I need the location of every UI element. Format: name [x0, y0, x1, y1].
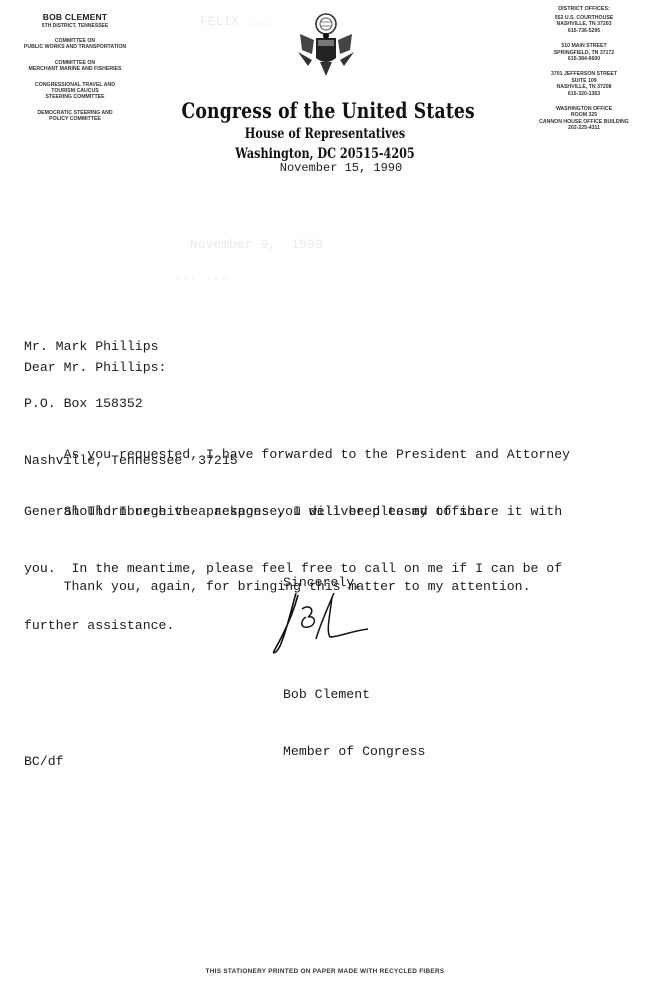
- office-1: 552 U.S. COURTHOUSE NASHVILLE, TN 37203 …: [522, 15, 646, 34]
- letter-date: November 15, 1990: [182, 161, 500, 175]
- committee-1: COMMITTEE ON PUBLIC WORKS AND TRANSPORTA…: [0, 38, 150, 51]
- office-3: 3701 JEFFERSON STREET SUITE 109 NASHVILL…: [522, 71, 646, 97]
- great-seal-icon: [292, 10, 360, 82]
- letterhead-right-column: DISTRICT OFFICES: 552 U.S. COURTHOUSE NA…: [522, 6, 646, 132]
- member-district: 5TH DISTRICT, TENNESSEE: [0, 23, 150, 29]
- recipient-name: Mr. Mark Phillips: [24, 337, 238, 356]
- bleed-through-text: ... ...: [150, 268, 228, 283]
- bleed-through-text: November 9, 1990: [190, 237, 323, 252]
- office-2: 510 MAIN STREET SPRINGFIELD, TN 37172 61…: [522, 43, 646, 62]
- letterhead-address: Washington, DC 20515-4205: [185, 146, 465, 162]
- signer-block: Bob Clement Member of Congress: [283, 647, 425, 780]
- letterhead-subtitle: House of Representatives: [185, 126, 465, 142]
- committee-4: DEMOCRATIC STEERING AND POLICY COMMITTEE: [0, 110, 150, 123]
- salutation: Dear Mr. Phillips:: [24, 358, 166, 377]
- letterhead-title: Congress of the United States: [182, 98, 469, 123]
- office-washington: WASHINGTON OFFICE ROOM 325 CANNON HOUSE …: [522, 106, 646, 132]
- reference-initials: BC/df: [24, 752, 64, 771]
- bleed-through-text: FELIX ...: [200, 14, 270, 29]
- footer-note: THIS STATIONERY PRINTED ON PAPER MADE WI…: [0, 968, 650, 975]
- letterhead-center: Congress of the United States House of R…: [150, 98, 500, 175]
- signer-name: Bob Clement: [283, 685, 425, 704]
- committee-2: COMMITTEE ON MERCHANT MARINE AND FISHERI…: [0, 60, 150, 73]
- letterhead-left-column: BOB CLEMENT 5TH DISTRICT, TENNESSEE COMM…: [0, 12, 150, 123]
- member-name: BOB CLEMENT: [0, 12, 150, 22]
- signer-title: Member of Congress: [283, 742, 425, 761]
- committee-3: CONGRESSIONAL TRAVEL AND TOURISM CAUCUS …: [0, 82, 150, 101]
- district-offices-heading: DISTRICT OFFICES:: [522, 6, 646, 12]
